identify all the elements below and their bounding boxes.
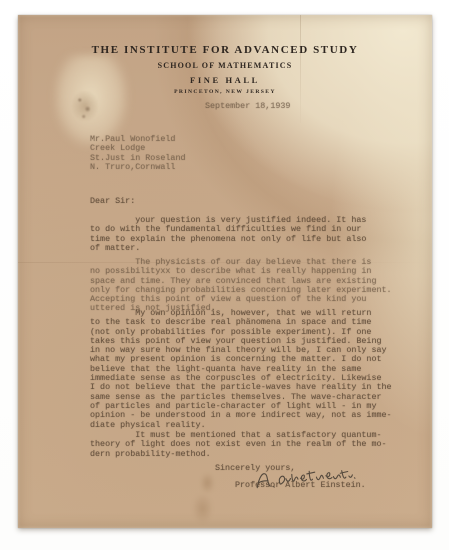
stain-speckles [72,91,98,121]
scanned-letter-background: THE INSTITUTE FOR ADVANCED STUDY SCHOOL … [0,0,449,550]
letter-paper: THE INSTITUTE FOR ADVANCED STUDY SCHOOL … [18,15,432,528]
salutation: Dear Sir: [90,197,135,206]
letterhead-building: FINE HALL [18,75,432,85]
body-paragraph-4: It must be mentioned that a satisfactory… [90,431,387,459]
recipient-address: Mr.Paul Wonofield Creek Lodge St.Just in… [90,135,186,172]
date-line: September 18,1939 [205,102,290,111]
body-paragraph-2: The physicists of our day believe that t… [90,258,392,314]
stain-bottom-center [181,467,229,531]
body-paragraph-3: My own opinion is, however, that we will… [90,309,392,430]
letterhead-institution: THE INSTITUTE FOR ADVANCED STUDY [18,44,432,56]
letterhead-location: PRINCETON, NEW JERSEY [18,89,432,95]
body-paragraph-1: your question is very justified indeed. … [90,216,366,253]
typed-signature-name: Professor Albert Einstein. [235,481,366,490]
letterhead-department: SCHOOL OF MATHEMATICS [18,61,432,70]
